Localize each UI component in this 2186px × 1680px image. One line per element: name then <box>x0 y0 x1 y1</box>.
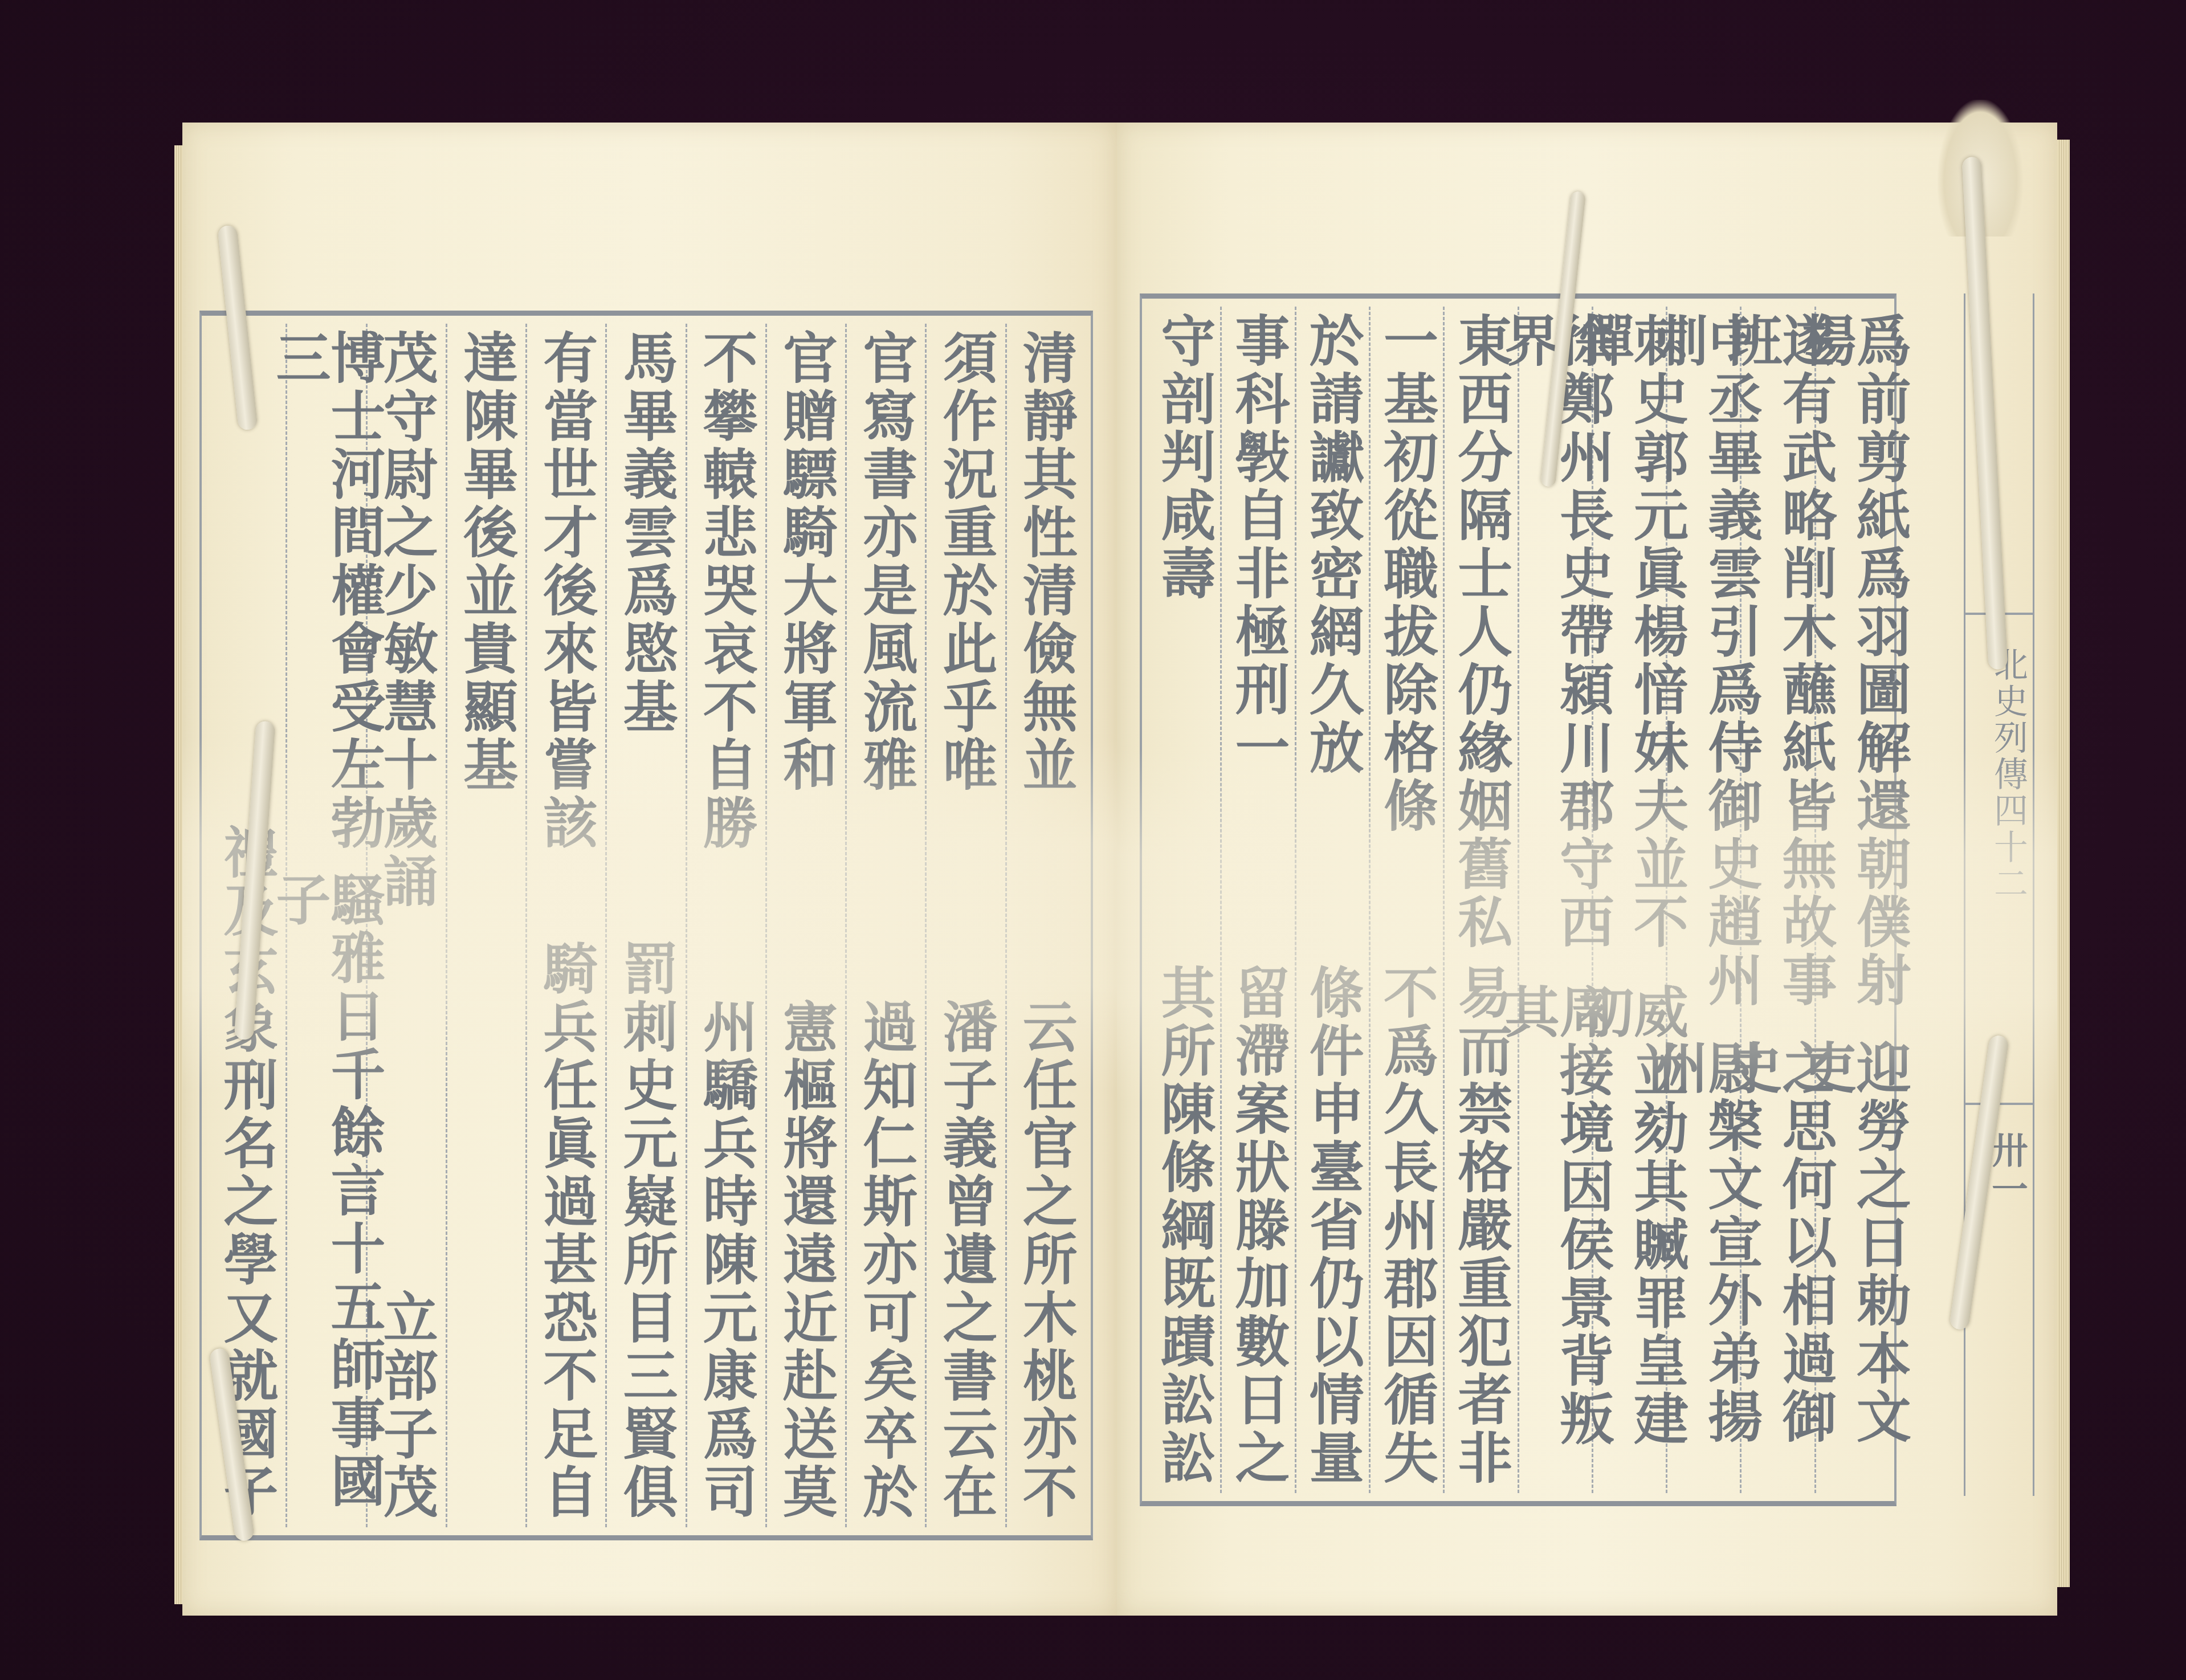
text-column: 事科斅自非極刑一留滯案狀滕加數日之 <box>1220 307 1294 1493</box>
text-column: 守剖判咸壽其所陳條綱既蹟訟訟 <box>1148 307 1220 1493</box>
left-page: 清靜其性清儉無並云任官之所木桃亦不 須作況重於此乎唯潘子義曾遺之書云在 官寫書亦… <box>182 123 1118 1616</box>
column-text-bottom: 騷雅日千餘言十五師事國子 <box>272 871 381 1522</box>
column-text-top: 官贈驃騎大將軍和 <box>779 329 834 794</box>
column-text-bottom: 不爲久長州郡因循失 <box>1380 964 1434 1487</box>
text-column: 有當世才後來皆嘗該騎兵任眞過甚恐不足自 <box>525 324 605 1527</box>
right-page: 爲前剪紙爲羽圖解還朝僕射楊迎勞之日勅本文吏 遂有武略削木蘸紙皆無故事班之思何以相… <box>1117 123 2057 1616</box>
text-column: 官贈驃騎大將軍和憲樞將還遠近赴送莫 <box>765 324 845 1527</box>
column-text-bottom: 州驕兵時陳元康爲司 <box>699 998 753 1522</box>
text-column: 須作況重於此乎唯潘子義曾遺之書云在 <box>925 324 1005 1527</box>
text-column: 官寫書亦是風流雅過知仁斯亦可矣卒於 <box>845 324 925 1527</box>
column-text-top: 於請讞致密網久放 <box>1305 312 1360 777</box>
text-column: 不攀轅悲哭哀不自勝州驕兵時陳元康爲司 <box>686 324 765 1527</box>
column-text-top: 官寫書亦是風流雅 <box>859 329 913 794</box>
left-text-frame: 清靜其性清儉無並云任官之所木桃亦不 須作況重於此乎唯潘子義曾遺之書云在 官寫書亦… <box>199 311 1093 1540</box>
column-text-top: 不攀轅悲哭哀不自勝 <box>699 329 753 853</box>
column-text-bottom: 留滯案狀滕加數日之 <box>1231 964 1286 1487</box>
text-column: 博士河間權會受左勃三騷雅日千餘言十五師事國子 <box>286 324 365 1527</box>
text-column: 馬畢義雲爲愍基罰刺史元嶷所目三賢俱 <box>605 324 685 1527</box>
text-column: 東西分隔士人仍緣姻舊私易而禁格嚴重犯者非 <box>1443 307 1517 1493</box>
column-text-top: 清靜其性清儉無並 <box>1018 329 1073 794</box>
column-text-top: 須作況重於此乎唯 <box>939 329 993 794</box>
column-text-top: 守剖判咸壽 <box>1157 312 1212 603</box>
text-column: 徐鄭州長史帶潁川郡守西界周接境因侯景背叛其 <box>1518 307 1592 1493</box>
column-text-bottom: 罰刺史元嶷所目三賢俱 <box>619 940 674 1522</box>
left-columns: 清靜其性清儉無並云任官之所木桃亦不 須作況重於此乎唯潘子義曾遺之書云在 官寫書亦… <box>207 324 1085 1527</box>
column-text-top: 事科斅自非極刑一 <box>1231 312 1286 777</box>
column-text-bottom: 過知仁斯亦可矣卒於 <box>859 998 913 1522</box>
column-text-bottom: 其所陳條綱既蹟訟訟 <box>1157 964 1212 1487</box>
column-text-top: 茂守尉之少敏慧十歲誦 <box>379 329 434 911</box>
open-book: 清靜其性清儉無並云任官之所木桃亦不 須作況重於此乎唯潘子義曾遺之書云在 官寫書亦… <box>182 123 2057 1616</box>
column-text-bottom: 易而禁格嚴重犯者非 <box>1454 964 1508 1487</box>
text-column: 清靜其性清儉無並云任官之所木桃亦不 <box>1005 324 1085 1527</box>
column-text-bottom: 條件申臺省仍以情量 <box>1305 964 1360 1487</box>
page-edge-stack-left <box>174 145 182 1604</box>
right-text-frame: 爲前剪紙爲羽圖解還朝僕射楊迎勞之日勅本文吏 遂有武略削木蘸紙皆無故事班之思何以相… <box>1140 293 1897 1506</box>
column-text-bottom: 憲樞將還遠近赴送莫 <box>779 998 834 1522</box>
column-text-bottom: 騎兵任眞過甚恐不足自 <box>539 940 594 1522</box>
column-text-top: 東西分隔士人仍緣姻舊私 <box>1454 312 1508 952</box>
column-text-top: 有當世才後來皆嘗該 <box>539 329 594 853</box>
book-title-margin: 北史列傳四十二 <box>1965 647 2033 902</box>
column-text-top: 一基初從職拔除格條 <box>1380 312 1434 835</box>
block-heart-margin: 北史列傳四十二 卅一 <box>1964 293 2034 1496</box>
column-text-bottom: 潘子義曾遺之書云在 <box>939 998 993 1522</box>
page-edge-stack-right <box>2057 140 2070 1587</box>
text-column: 達陳畢後並貴顯基 <box>446 324 525 1527</box>
column-text-bottom: 云任官之所木桃亦不 <box>1018 998 1073 1522</box>
column-text-bottom: 立部子茂 <box>379 1289 434 1522</box>
text-column: 一基初從職拔除格條不爲久長州郡因循失 <box>1369 307 1443 1493</box>
column-text-top: 博士河間權會受左勃三 <box>272 329 381 871</box>
column-text-top: 達陳畢後並貴顯基 <box>459 329 514 794</box>
column-text-top: 馬畢義雲爲愍基 <box>619 329 674 736</box>
right-columns: 爲前剪紙爲羽圖解還朝僕射楊迎勞之日勅本文吏 遂有武略削木蘸紙皆無故事班之思何以相… <box>1148 307 1889 1493</box>
text-column: 於請讞致密網久放條件申臺省仍以情量 <box>1295 307 1369 1493</box>
